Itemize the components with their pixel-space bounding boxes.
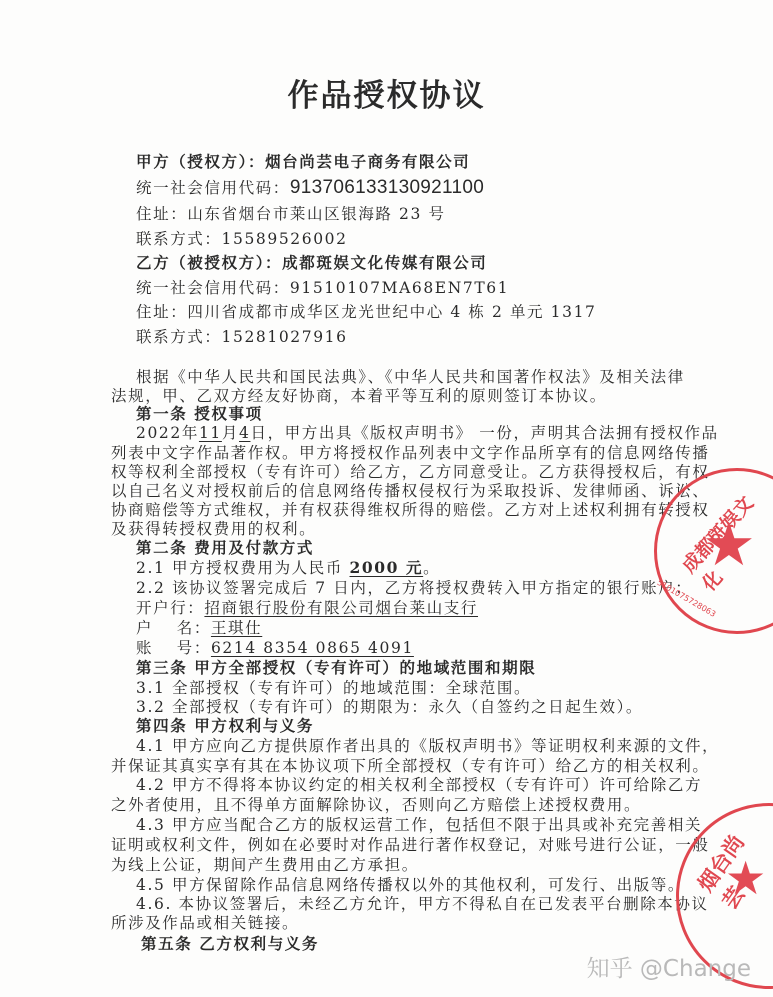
article-3-clause-1: 3.1 全部授权（专有许可）的地域范围：全球范围。 bbox=[136, 678, 531, 698]
article-4-line: 之外者使用，且不得单方面解除协议，否则向乙方赔偿上述授权费用。 bbox=[111, 795, 641, 815]
article-4-line: 4.1 甲方应向乙方提供原作者出具的《版权声明书》等证明权利来源的文件， bbox=[136, 736, 719, 756]
article-1-line: 权等权利全部授权（专有许可）给乙方，乙方同意受让。乙方获得授权后，有权 bbox=[111, 462, 710, 482]
credit-code-label: 统一社会信用代码： bbox=[136, 279, 290, 297]
party-a-contact: 15589526002 bbox=[222, 230, 348, 248]
article-1-line: 列表中文字作品著作权。甲方将授权作品列表中文字作品所享有的信息网络传播 bbox=[111, 443, 710, 463]
bank-line: 开户行：招商银行股份有限公司烟台莱山支行 bbox=[136, 598, 478, 618]
watermark: 知乎 @Change bbox=[587, 950, 751, 983]
party-b-contact-line: 联系方式：15281027916 bbox=[136, 327, 348, 347]
party-a-contact-line: 联系方式：15589526002 bbox=[136, 229, 348, 249]
article-2-clause-2: 2.2 该协议签署完成后 7 日内，乙方将授权费转入甲方指定的银行账户： bbox=[136, 578, 692, 598]
article-2-clause-1: 2.1 甲方授权费用为人民币 2000 元。 bbox=[136, 558, 440, 578]
holder-line: 户 名：王琪仕 bbox=[136, 618, 262, 638]
party-a-address-line: 住址：山东省烟台市莱山区银海路 23 号 bbox=[136, 204, 446, 224]
bank-name: 招商银行股份有限公司烟台莱山支行 bbox=[204, 599, 478, 617]
party-a-label: 甲方（授权方）： bbox=[136, 152, 265, 171]
address-label: 住址： bbox=[136, 303, 187, 321]
date-month-suffix: 月 bbox=[222, 424, 239, 442]
article-4-line: 4.5 甲方保留除作品信息网络传播权以外的其他权利，可发行、出版等。 bbox=[136, 875, 685, 895]
holder-name: 王琪仕 bbox=[211, 619, 262, 637]
party-a-line: 甲方（授权方）：烟台尚芸电子商务有限公司 bbox=[136, 152, 470, 172]
star-icon: ★ bbox=[702, 515, 756, 575]
party-b-label: 乙方（被授权方）： bbox=[136, 253, 282, 272]
date-month: 11 bbox=[199, 424, 222, 442]
article-4-line: 4.2 甲方不得将本协议约定的相关权利全部授权（专有许可）许可给除乙方 bbox=[136, 775, 702, 795]
party-a-address: 山东省烟台市莱山区银海路 23 号 bbox=[187, 205, 445, 223]
article-4-line: 所涉及作品或相关链接。 bbox=[111, 913, 299, 933]
bank-label: 开户行： bbox=[136, 599, 204, 617]
address-label: 住址： bbox=[136, 205, 187, 223]
party-b-address-line: 住址：四川省成都市成华区龙光世纪中心 4 栋 2 单元 1317 bbox=[136, 302, 597, 322]
party-b-contact: 15281027916 bbox=[222, 328, 348, 346]
party-a-name: 烟台尚芸电子商务有限公司 bbox=[265, 152, 470, 171]
contact-label: 联系方式： bbox=[136, 328, 222, 346]
article-4-line: 为线上公证，期间产生费用由乙方承担。 bbox=[111, 855, 419, 875]
party-b-line: 乙方（被授权方）：成都斑娱文化传媒有限公司 bbox=[136, 253, 487, 273]
article-1-line: 及获得转授权费用的权利。 bbox=[111, 519, 316, 539]
article-2-heading: 第二条 费用及付款方式 bbox=[136, 538, 314, 558]
credit-code-label: 统一社会信用代码： bbox=[136, 179, 290, 197]
fee-label: 2.1 甲方授权费用为人民币 bbox=[136, 559, 350, 577]
article-1-line: 2022年11月4日，甲方出具《版权声明书》 一份，声明其合法拥有授权作品 bbox=[136, 423, 719, 443]
article-5-heading: 第五条 乙方权利与义务 bbox=[141, 934, 319, 954]
article-1-heading: 第一条 授权事项 bbox=[136, 404, 263, 424]
star-icon: ★ bbox=[725, 855, 766, 901]
article-3-clause-2: 3.2 全部授权（专有许可）的期限为：永久（自签约之日起生效）。 bbox=[136, 697, 643, 717]
article-1-text: 日，甲方出具《版权声明书》 一份，声明其合法拥有授权作品 bbox=[250, 424, 718, 442]
preamble-line: 根据《中华人民共和国民法典》、《中华人民共和国著作权法》及相关法律 bbox=[136, 367, 685, 387]
account-label: 账 号： bbox=[136, 639, 211, 657]
party-a-credit-code-line: 统一社会信用代码：913706133130921100 bbox=[136, 178, 484, 198]
article-1-line: 以自己名义对授权前后的信息网络传播权侵权行为采取投诉、发律师函、诉讼、 bbox=[111, 481, 710, 501]
date-day: 4 bbox=[239, 424, 250, 442]
article-4-line: 并保证其真实享有其在本协议项下所全部授权（专有许可）给乙方的相关权利。 bbox=[111, 756, 710, 776]
preamble-line: 法规，甲、乙双方经友好协商，本着平等互利的原则签订本协议。 bbox=[111, 386, 607, 406]
date-year: 2022年 bbox=[136, 424, 199, 442]
account-number: 6214 8354 0865 4091 bbox=[211, 639, 414, 657]
article-4-line: 证明或权利文件，例如在必要时对作品进行著作权登记，对账号进行公证，一般 bbox=[111, 835, 710, 855]
article-3-heading: 第三条 甲方全部授权（专有许可）的地域范围和期限 bbox=[136, 658, 536, 678]
party-a-credit-code: 913706133130921100 bbox=[290, 177, 484, 198]
article-1-line: 协商赔偿等方式维权，并有权获得维权所得的赔偿。乙方对上述权利拥有转授权 bbox=[111, 500, 710, 520]
contact-label: 联系方式： bbox=[136, 230, 222, 248]
article-4-heading: 第四条 甲方权利与义务 bbox=[136, 716, 314, 736]
holder-label: 户 名： bbox=[136, 619, 211, 637]
article-4-line: 4.6. 本协议签署后，未经乙方允许，甲方不得私自在已发表平台删除本协议 bbox=[136, 894, 709, 914]
punctuation: 。 bbox=[423, 559, 440, 577]
party-b-credit-code-line: 统一社会信用代码：91510107MA68EN7T61 bbox=[136, 278, 509, 298]
party-b-address: 四川省成都市成华区龙光世纪中心 4 栋 2 单元 1317 bbox=[187, 303, 596, 321]
article-4-line: 4.3 甲方应当配合乙方的版权运营工作，包括但不限于出具或补充完善相关 bbox=[136, 815, 702, 835]
account-line: 账 号：6214 8354 0865 4091 bbox=[136, 638, 414, 658]
party-b-name: 成都斑娱文化传媒有限公司 bbox=[282, 253, 487, 272]
party-b-credit-code: 91510107MA68EN7T61 bbox=[290, 279, 509, 297]
page-title: 作品授权协议 bbox=[0, 70, 773, 115]
fee-amount: 2000 元 bbox=[350, 558, 424, 577]
